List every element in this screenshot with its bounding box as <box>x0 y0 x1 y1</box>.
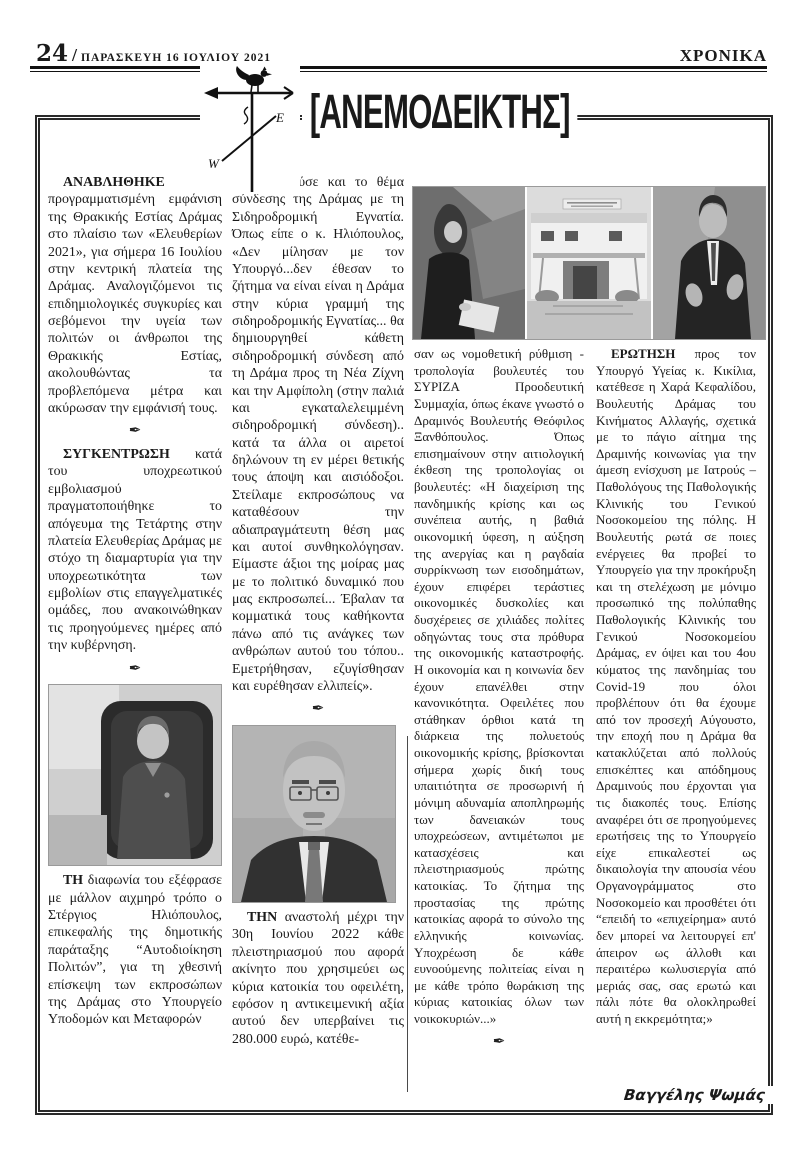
svg-text:W: W <box>208 156 220 171</box>
column-4: ΕΡΩΤΗΣΗ προς τον Υπουργό Υγείας κ. Κικίλ… <box>596 346 756 1028</box>
svg-text:E: E <box>275 110 284 125</box>
photo-caption: ΤΗΝ αναστολή μέχρι την 30η Ιουνίου 2022 … <box>232 909 404 1048</box>
pen-divider-icon: ✒ <box>414 1033 584 1052</box>
paragraph-lead: ΕΡΩΤΗΣΗ <box>611 346 675 361</box>
photo-man-in-office-chair <box>48 684 222 866</box>
masthead: ΧΡΟΝΙΚΑ <box>680 46 767 66</box>
paragraph-text: σαν ως νομοθετική ρύθμιση - τροπολογία β… <box>414 346 584 1026</box>
column-3: σαν ως νομοθετική ρύθμιση - τροπολογία β… <box>414 346 584 1057</box>
pen-divider-icon: ✒ <box>48 422 222 441</box>
caption-lead: ΤΗ <box>63 873 83 888</box>
header-left: 24 / ΠΑΡΑΣΚΕΥΗ 16 ΙΟΥΛΙΟΥ 2021 <box>36 40 271 67</box>
photo-montage-woman-building-minister <box>412 186 766 340</box>
column-rule <box>407 736 408 1092</box>
photo-portrait-man-glasses <box>232 725 396 903</box>
article-frame: ΑΝΑΒΛΗΘΗΚΕ η προγραμματισμένη εμφάνιση τ… <box>35 115 773 1115</box>
newspaper-page: 24 / ΠΑΡΑΣΚΕΥΗ 16 ΙΟΥΛΙΟΥ 2021 ΧΡΟΝΙΚΑ E <box>0 0 797 1169</box>
paragraph-text: που αφορούσε και το θέμα σύνδεσης της Δρ… <box>232 175 404 694</box>
paragraph: σαν ως νομοθετική ρύθμιση - τροπολογία β… <box>414 346 584 1028</box>
caption-text: διαφωνία του εξέφρασε με μάλλον αιχμηρό … <box>48 873 222 1027</box>
column-2: που αφορούσε και το θέμα σύνδεσης της Δρ… <box>232 174 404 1048</box>
paragraph: ΣΥΓΚΕΝΤΡΩΣΗ κατά του υποχρεωτικού εμβολι… <box>48 446 222 655</box>
article-title: [ΑΝΕΜΟΔΕΙΚΤΗΣ] <box>302 86 578 140</box>
paragraph-text: προς τον Υπουργό Υγείας κ. Κικίλια, κατέ… <box>596 346 756 1026</box>
paragraph: που αφορούσε και το θέμα σύνδεσης της Δρ… <box>232 174 404 695</box>
page-number: 24 <box>36 40 68 67</box>
header-rule <box>30 66 767 72</box>
issue-date: ΠΑΡΑΣΚΕΥΗ 16 ΙΟΥΛΙΟΥ 2021 <box>81 52 271 64</box>
weathervane-icon: E W <box>200 64 300 194</box>
pen-divider-icon: ✒ <box>232 700 404 719</box>
paragraph-text: η προγραμματισμένη εμφάνιση της Θρακικής… <box>48 175 222 416</box>
column-1: ΑΝΑΒΛΗΘΗΚΕ η προγραμματισμένη εμφάνιση τ… <box>48 174 222 1029</box>
photo-caption: ΤΗ διαφωνία του εξέφρασε με μάλλον αιχμη… <box>48 872 222 1028</box>
paragraph-text: κατά του υποχρεωτικού εμβολιασμού πραγμα… <box>48 447 222 653</box>
paragraph: ΕΡΩΤΗΣΗ προς τον Υπουργό Υγείας κ. Κικίλ… <box>596 346 756 1028</box>
paragraph-lead: ΣΥΓΚΕΝΤΡΩΣΗ <box>63 447 170 462</box>
signature: Βαγγέλης Ψωμάς <box>613 1086 776 1104</box>
caption-lead: ΤΗΝ <box>247 910 277 925</box>
paragraph-lead: ΑΝΑΒΛΗΘΗΚΕ <box>63 175 165 190</box>
caption-text: αναστολή μέχρι την 30η Ιουνίου 2022 κάθε… <box>232 910 404 1047</box>
header-separator: / <box>72 45 77 65</box>
pen-divider-icon: ✒ <box>48 660 222 679</box>
paragraph: ΑΝΑΒΛΗΘΗΚΕ η προγραμματισμένη εμφάνιση τ… <box>48 174 222 417</box>
